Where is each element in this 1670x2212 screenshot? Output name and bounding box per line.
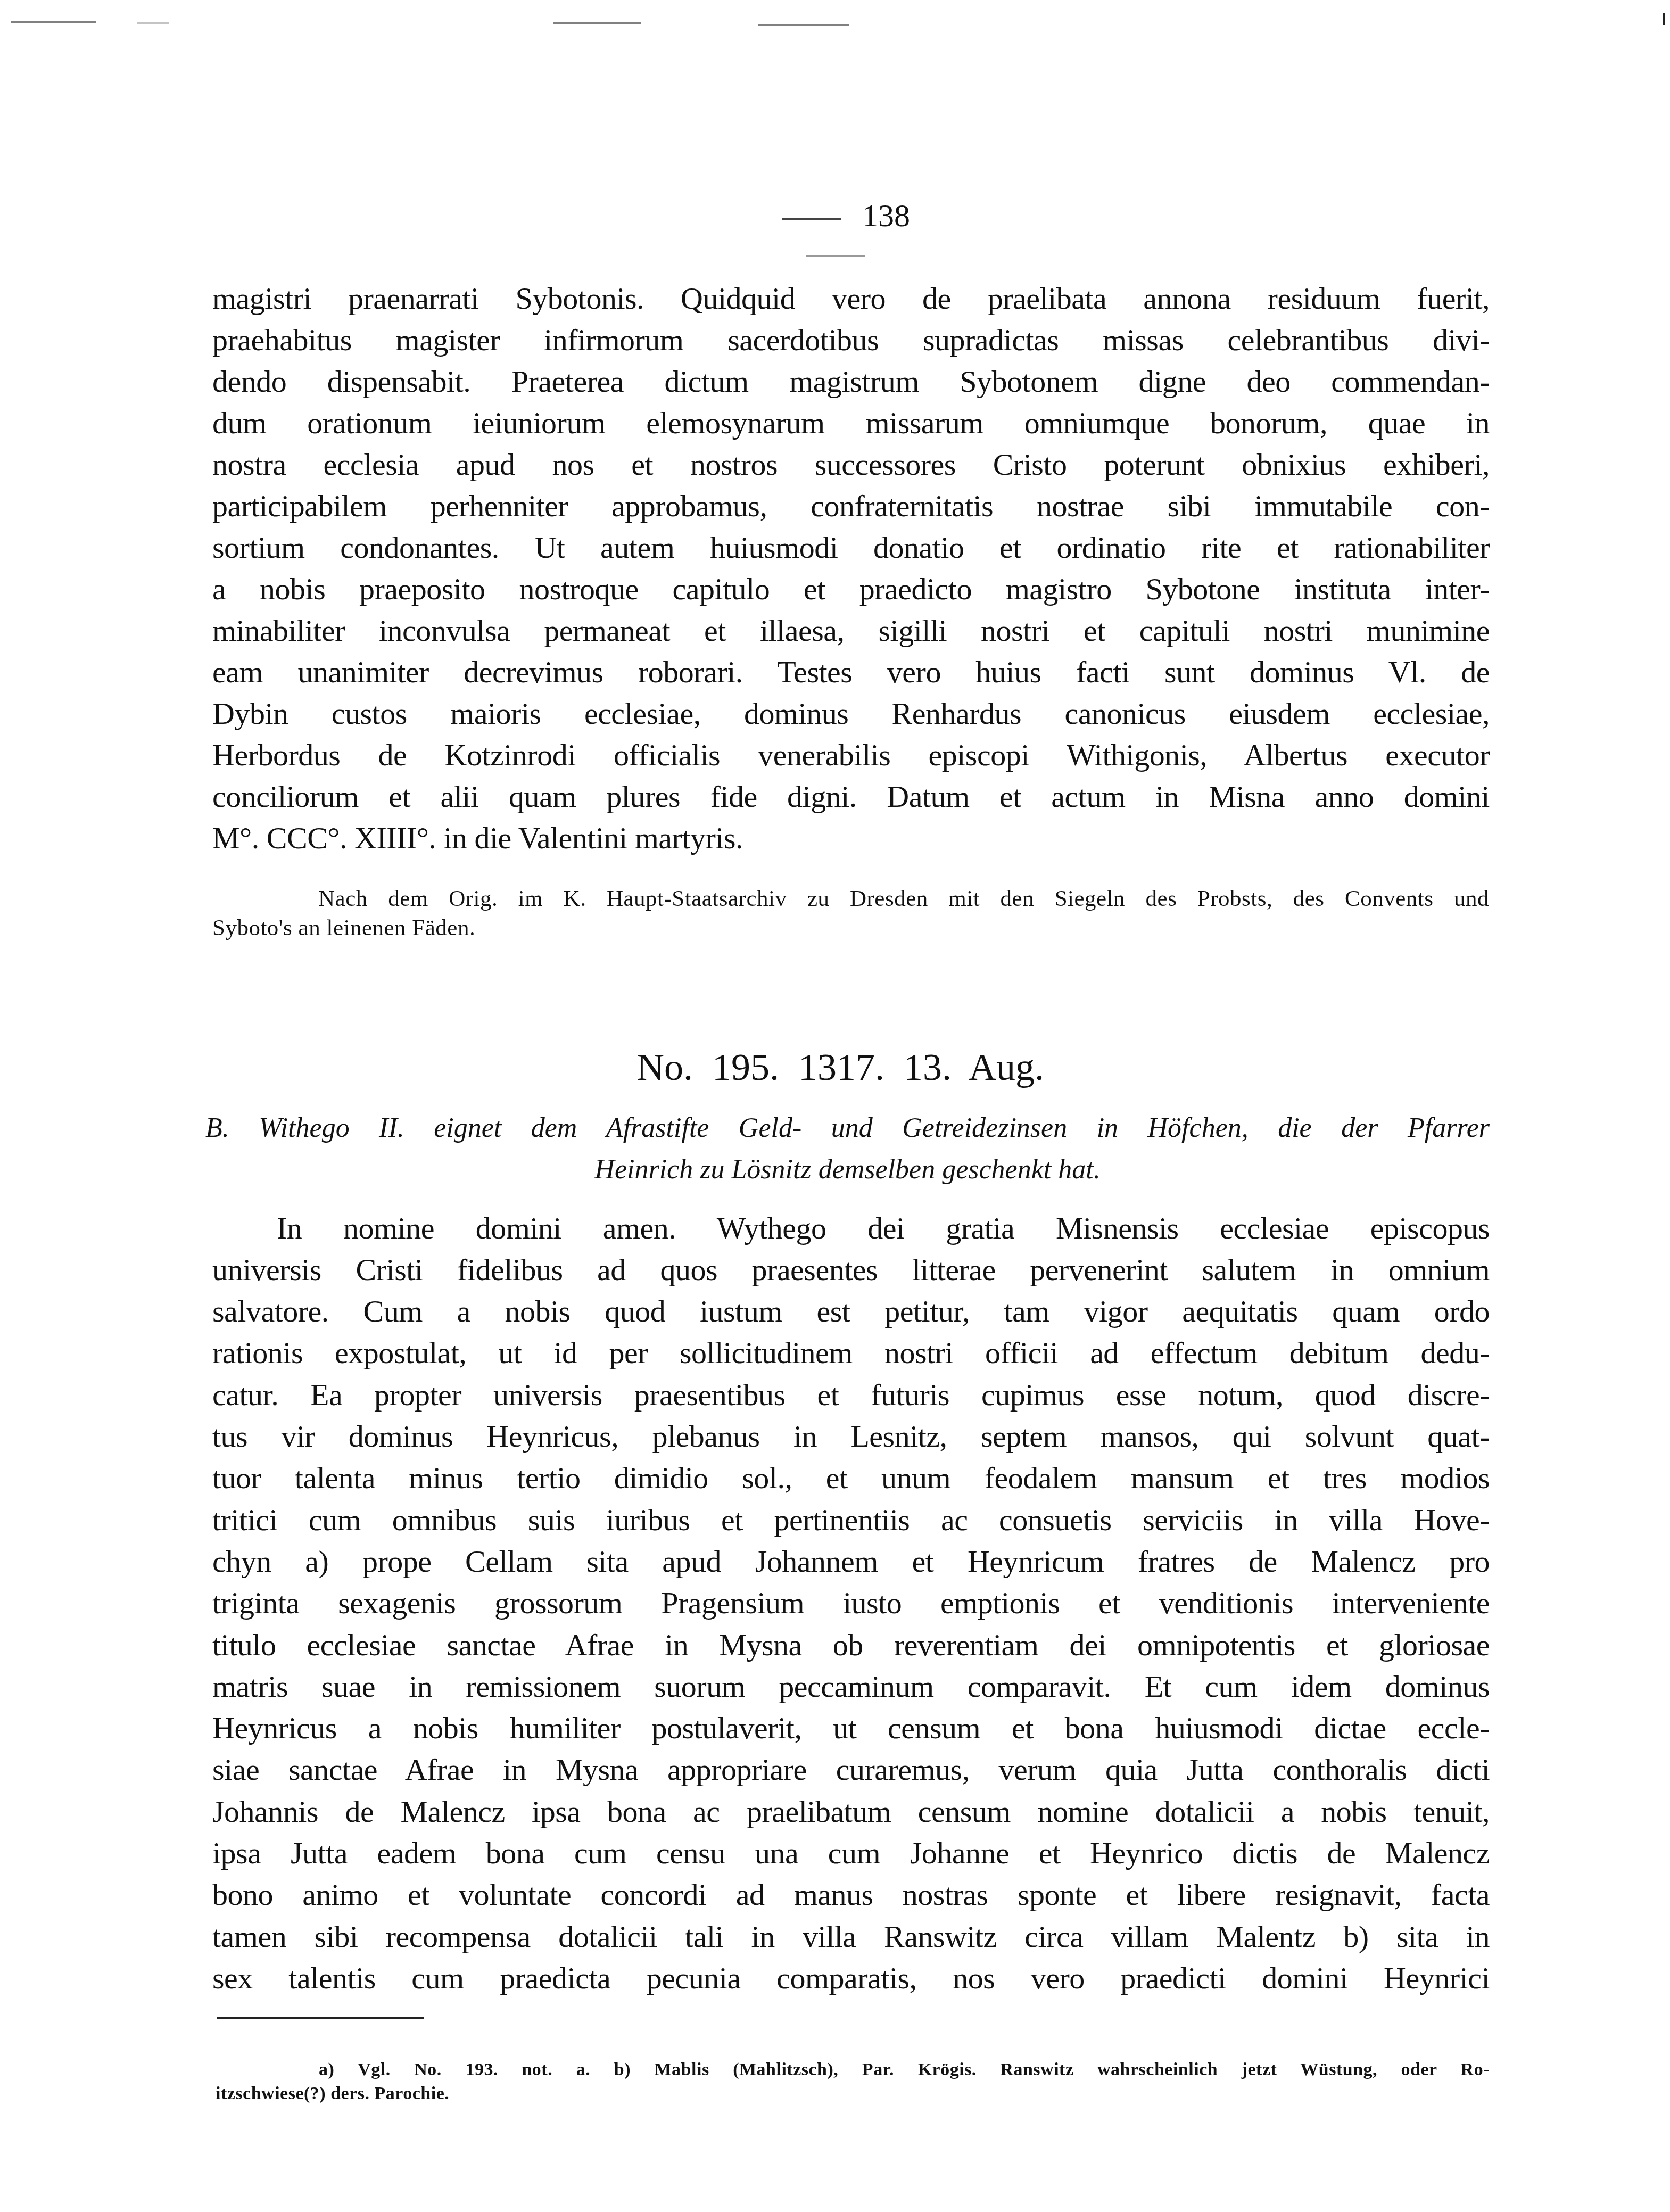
text-line: Heynricus a nobis humiliter postulaverit… — [212, 1707, 1490, 1749]
scan-artifact — [758, 24, 849, 26]
text-line: nostra ecclesia apud nos et nostros succ… — [212, 444, 1490, 485]
text-line: tuor talenta minus tertio dimidio sol., … — [212, 1457, 1490, 1499]
regest-line: Heinrich zu Lösnitz demselben geschenkt … — [205, 1151, 1490, 1188]
text-line: tamen sibi recompensa dotalicii tali in … — [212, 1916, 1490, 1958]
footnote-line: itzschwiese(?) ders. Parochie. — [216, 2082, 449, 2106]
text-line: conciliorum et alii quam plures fide dig… — [212, 776, 1490, 818]
text-line: magistri praenarrati Sybotonis. Quidquid… — [212, 278, 1490, 319]
source-note-line: Syboto's an leinenen Fäden. — [212, 913, 475, 943]
source-note-line: Nach dem Orig. im K. Haupt-Staatsarchiv … — [318, 884, 1489, 913]
text-line: matris suae in remissionem suorum peccam… — [212, 1666, 1490, 1707]
page-number-dash-right — [806, 255, 865, 257]
text-line: praehabitus magister infirmorum sacerdot… — [212, 319, 1490, 361]
text-line: M°. CCC°. XIIII°. in die Valentini marty… — [212, 818, 1490, 859]
footnote-separator — [217, 2017, 424, 2019]
text-line: participabilem perhenniter approbamus, c… — [212, 485, 1490, 527]
text-line: bono animo et voluntate concordi ad manu… — [212, 1874, 1490, 1916]
text-line: rationis expostulat, ut id per sollicitu… — [212, 1332, 1490, 1374]
scan-artifact — [11, 21, 96, 23]
text-line: minabiliter inconvulsa permaneat et illa… — [212, 610, 1490, 651]
text-line: Johannis de Malencz ipsa bona ac praelib… — [212, 1791, 1490, 1833]
text-line: dendo dispensabit. Praeterea dictum magi… — [212, 361, 1490, 402]
page-number: 138 — [713, 197, 958, 271]
text-line: sex talentis cum praedicta pecunia compa… — [212, 1958, 1490, 1999]
text-line: ipsa Jutta eadem bona cum censu una cum … — [212, 1833, 1490, 1874]
text-line: tritici cum omnibus suis iuribus et pert… — [212, 1499, 1490, 1541]
text-line: universis Cristi fidelibus ad quos praes… — [212, 1249, 1490, 1291]
text-line: triginta sexagenis grossorum Pragensium … — [212, 1582, 1490, 1624]
scan-artifact — [137, 22, 169, 24]
text-line: catur. Ea propter universis praesentibus… — [212, 1374, 1490, 1416]
text-line: eam unanimiter decrevimus roborari. Test… — [212, 651, 1490, 693]
document-heading: No. 195. 1317. 13. Aug. — [622, 1043, 1059, 1091]
text-line: titulo ecclesiae sanctae Afrae in Mysna … — [212, 1624, 1490, 1666]
text-line: tus vir dominus Heynricus, plebanus in L… — [212, 1416, 1490, 1457]
scan-artifact — [553, 22, 641, 24]
text-line: a nobis praeposito nostroque capitulo et… — [212, 568, 1490, 610]
text-line: In nomine domini amen. Wythego dei grati… — [277, 1208, 1490, 1249]
text-line: dum orationum ieiuniorum elemosynarum mi… — [212, 402, 1490, 444]
scan-edge-mark — [1663, 13, 1665, 25]
regest-line: B. Withego II. eignet dem Afrastifte Gel… — [205, 1110, 1490, 1147]
text-line: Herbordus de Kotzinrodi officialis vener… — [212, 734, 1490, 776]
page-number-dash-left — [782, 218, 841, 220]
text-line: siae sanctae Afrae in Mysna appropriare … — [212, 1749, 1490, 1790]
text-line: sortium condonantes. Ut autem huiusmodi … — [212, 527, 1490, 568]
page-number-value: 138 — [862, 198, 910, 233]
text-line: chyn a) prope Cellam sita apud Johannem … — [212, 1541, 1490, 1582]
text-line: salvatore. Cum a nobis quod iustum est p… — [212, 1291, 1490, 1332]
text-line: Dybin custos maioris ecclesiae, dominus … — [212, 693, 1490, 734]
footnote-line: a) Vgl. No. 193. not. a. b) Mablis (Mahl… — [319, 2058, 1490, 2082]
